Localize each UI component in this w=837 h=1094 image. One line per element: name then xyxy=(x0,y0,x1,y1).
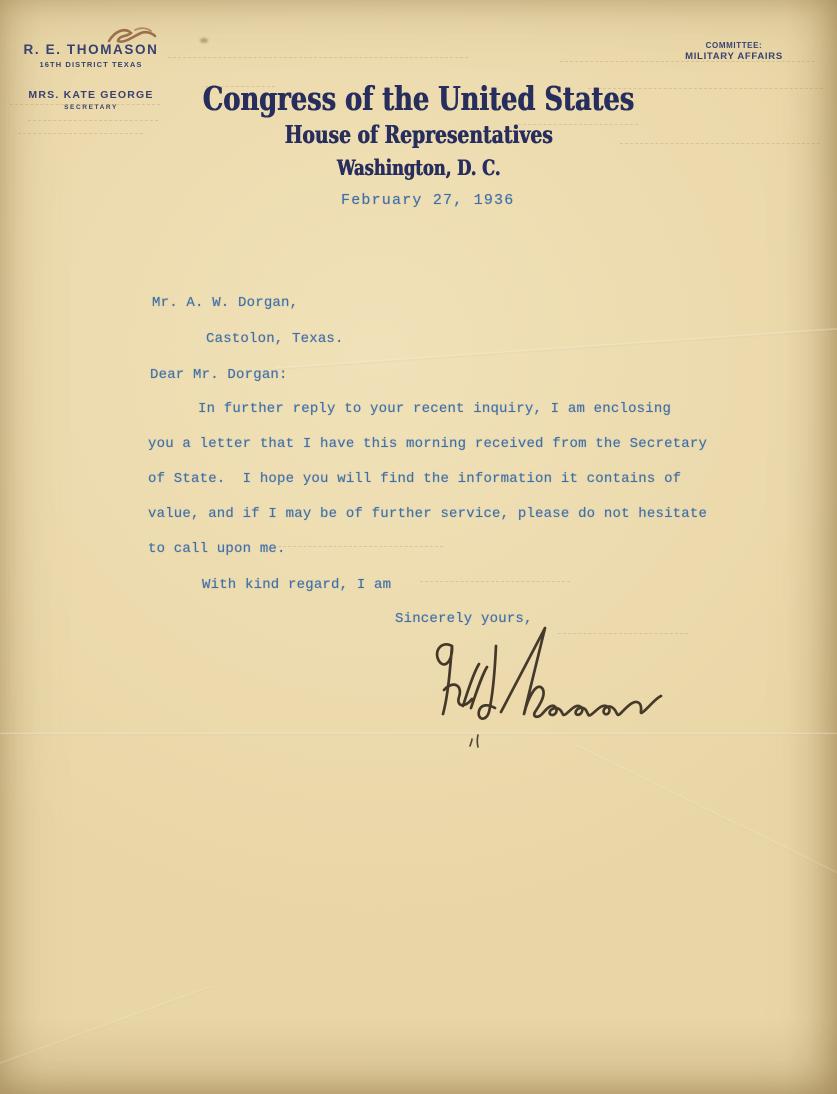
recipient-address: Castolon, Texas. xyxy=(206,331,344,347)
fold-crease xyxy=(577,746,837,897)
masthead-line2: House of Representatives xyxy=(284,122,552,148)
fold-crease xyxy=(0,733,837,735)
body-line: In further reply to your recent inquiry,… xyxy=(198,401,671,417)
ghost-line xyxy=(278,546,443,547)
body-line: With kind regard, I am xyxy=(202,577,391,593)
recipient-name: Mr. A. W. Dorgan, xyxy=(152,295,298,311)
letterhead-right: COMMITTEE: MILITARY AFFAIRS xyxy=(669,41,799,62)
ghost-line xyxy=(168,57,468,58)
fold-crease xyxy=(276,328,837,369)
salutation: Dear Mr. Dorgan: xyxy=(150,367,288,383)
body-line: of State. I hope you will find the infor… xyxy=(148,471,681,487)
date-line: February 27, 1936 xyxy=(341,192,514,209)
body-line: value, and if I may be of further servic… xyxy=(148,506,707,522)
fold-crease xyxy=(0,986,213,1077)
letter-page: R. E. THOMASON 16TH DISTRICT TEXAS MRS. … xyxy=(0,0,837,1094)
committee-name: MILITARY AFFAIRS xyxy=(669,51,799,62)
masthead: Congress of the United States House of R… xyxy=(0,82,837,180)
pencil-mark xyxy=(466,733,484,751)
representative-district: 16TH DISTRICT TEXAS xyxy=(12,60,170,69)
signature xyxy=(425,618,675,733)
body-line: to call upon me. xyxy=(148,541,286,557)
paper-fleck xyxy=(200,38,208,43)
ghost-line xyxy=(420,581,570,582)
representative-name: R. E. THOMASON xyxy=(12,42,170,57)
masthead-line1: Congress of the United States xyxy=(203,82,634,116)
body-line: you a letter that I have this morning re… xyxy=(148,436,707,452)
masthead-line3: Washington, D. C. xyxy=(337,156,501,179)
committee-label: COMMITTEE: xyxy=(669,41,799,50)
